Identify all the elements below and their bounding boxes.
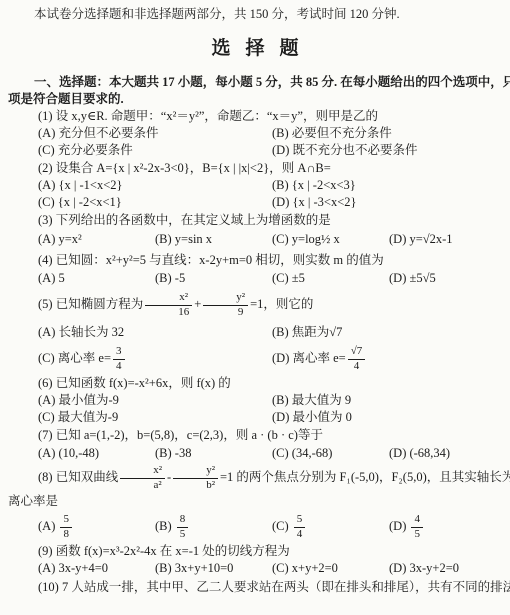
fraction-denominator: 9: [203, 306, 248, 319]
question-5-option-b: (B) 焦距为√7: [272, 323, 342, 342]
fraction-numerator: y²: [203, 292, 248, 306]
fraction: 54: [294, 514, 306, 540]
question-7-stem: (7) 已知 a=(1,-2)，b=(5,8)，c=(2,3)，则 a · (b…: [8, 426, 502, 444]
question-5-stem-prefix: (5) 已知椭圆方程为: [38, 297, 143, 311]
fraction-denominator: 4: [294, 528, 306, 541]
question-10-stem: (10) 7 人站成一排，其中甲、乙二人要求站在两头（即在排头和排尾），共有不同…: [8, 578, 502, 596]
fraction-denominator: 4: [348, 360, 366, 373]
fraction: x²16: [145, 292, 192, 318]
question-1-option-d: (D) 既不充分也不必要条件: [272, 142, 417, 159]
question-6-stem: (6) 已知函数 f(x)=-x²+6x，则 f(x) 的: [8, 374, 502, 392]
question-7-option-d: (D) (-68,34): [389, 444, 450, 462]
question-8-stem-prefix: (8) 已知双曲线: [38, 470, 118, 484]
question-1-options-row-2: (C) 充分必要条件 (D) 既不充分也不必要条件: [8, 142, 502, 159]
fraction-numerator: 5: [294, 514, 306, 528]
fraction-denominator: 8: [60, 528, 72, 541]
question-5-stem-suffix: =1，则它的: [250, 297, 313, 311]
fraction-denominator: 16: [145, 306, 192, 319]
page-title: 选择题: [8, 36, 502, 62]
fraction-numerator: y²: [173, 465, 218, 479]
question-2-options-row-1: (A) {x | -1<x<2} (B) {x | -2<x<3}: [8, 177, 502, 194]
question-8-stem-continuation: 离心率是: [8, 493, 502, 510]
question-8-option-a: (A) 58: [38, 510, 155, 542]
question-6-option-d: (D) 最小值为 0: [272, 409, 352, 426]
question-4-option-a: (A) 5: [38, 269, 155, 287]
question-8-stem-suffix: =1 的两个焦点分别为 F₁(-5,0)，F₂(5,0)，且其实轴长为 8，则它…: [220, 470, 510, 484]
minus-operator: -: [167, 470, 171, 484]
question-3-stem: (3) 下列给出的各函数中，在其定义域上为增函数的是: [8, 211, 502, 229]
question-3-option-b: (B) y=sin x: [155, 229, 272, 249]
question-4-option-c: (C) ±5: [272, 269, 389, 287]
fraction: y²b²: [173, 465, 218, 491]
question-9-options-row: (A) 3x-y+4=0 (B) 3x+y+10=0 (C) x+y+2=0 (…: [8, 560, 502, 578]
question-8-stem: (8) 已知双曲线x²a²-y²b²=1 的两个焦点分别为 F₁(-5,0)，F…: [8, 462, 502, 493]
question-8-options-row: (A) 58 (B) 85 (C) 54 (D) 45: [8, 510, 502, 542]
question-1-options-row-1: (A) 充分但不必要条件 (B) 必要但不充分条件: [8, 125, 502, 142]
question-2-options-row-2: (C) {x | -2<x<1} (D) {x | -3<x<2}: [8, 194, 502, 211]
question-2-option-b: (B) {x | -2<x<3}: [272, 177, 356, 194]
question-4-options-row: (A) 5 (B) -5 (C) ±5 (D) ±5√5: [8, 269, 502, 287]
option-b-label: (B): [155, 519, 172, 533]
question-1-stem: (1) 设 x,y∈R. 命题甲：“x²＝y²”，命题乙：“x＝y”，则甲是乙的: [8, 107, 502, 125]
question-3-option-a: (A) y=x²: [38, 229, 155, 249]
question-7-option-b: (B) -38: [155, 444, 272, 462]
question-8-option-d: (D) 45: [389, 510, 425, 542]
fraction: 34: [113, 346, 125, 372]
section-instructions-line1: 一、选择题：本大题共 17 小题，每小题 5 分，共 85 分. 在每小题给出的…: [8, 74, 502, 91]
option-c-label: (C): [272, 519, 289, 533]
question-6-options-row-1: (A) 最小值为-9 (B) 最大值为 9: [8, 392, 502, 409]
fraction-denominator: b²: [173, 479, 218, 492]
fraction: 85: [177, 514, 189, 540]
fraction-denominator: 5: [177, 528, 189, 541]
question-6-options-row-2: (C) 最大值为-9 (D) 最小值为 0: [8, 409, 502, 426]
question-2-stem: (2) 设集合 A={x | x²-2x-3<0}，B={x | |x|<2}，…: [8, 159, 502, 177]
question-5-stem: (5) 已知椭圆方程为x²16+y²9=1，则它的: [8, 289, 502, 320]
question-4-option-b: (B) -5: [155, 269, 272, 287]
question-5-option-d: (D) 离心率 e=√74: [272, 342, 367, 374]
fraction-numerator: 8: [177, 514, 189, 528]
question-2-option-c: (C) {x | -2<x<1}: [38, 194, 272, 211]
fraction-denominator: 5: [411, 528, 423, 541]
question-7-option-a: (A) (10,-48): [38, 444, 155, 462]
question-5-option-c: (C) 离心率 e=34: [38, 342, 272, 374]
question-3-option-d: (D) y=√2x-1: [389, 229, 453, 249]
question-9-option-d: (D) 3x-y+2=0: [389, 560, 459, 578]
option-c-text: (C) 离心率 e=: [38, 351, 111, 365]
question-6-option-b: (B) 最大值为 9: [272, 392, 351, 409]
fraction-numerator: 4: [411, 514, 423, 528]
fraction: 58: [60, 514, 72, 540]
question-1-option-a: (A) 充分但不必要条件: [38, 125, 272, 142]
question-3-options-row: (A) y=x² (B) y=sin x (C) y=log½ x (D) y=…: [8, 229, 502, 249]
fraction-numerator: √7: [348, 346, 366, 360]
option-d-label: (D): [389, 519, 406, 533]
question-5-options-row-1: (A) 长轴长为 32 (B) 焦距为√7: [8, 323, 502, 342]
fraction: y²9: [203, 292, 248, 318]
section-instructions-line2: 项是符合题目要求的.: [8, 91, 502, 108]
question-5-option-a: (A) 长轴长为 32: [38, 323, 272, 342]
question-1-option-b: (B) 必要但不充分条件: [272, 125, 392, 142]
fraction-numerator: 3: [113, 346, 125, 360]
question-3-option-c: (C) y=log½ x: [272, 229, 389, 249]
question-9-stem: (9) 函数 f(x)=x³-2x²-4x 在 x=-1 处的切线方程为: [8, 542, 502, 560]
fraction: 45: [411, 514, 423, 540]
question-8-option-c: (C) 54: [272, 510, 389, 542]
option-d-text: (D) 离心率 e=: [272, 351, 346, 365]
question-9-option-b: (B) 3x+y+10=0: [155, 560, 272, 578]
option-a-label: (A): [38, 519, 55, 533]
fraction-denominator: 4: [113, 360, 125, 373]
question-2-option-d: (D) {x | -3<x<2}: [272, 194, 357, 211]
question-6-option-a: (A) 最小值为-9: [38, 392, 272, 409]
question-1-option-c: (C) 充分必要条件: [38, 142, 272, 159]
fraction-numerator: x²: [145, 292, 192, 306]
question-2-option-a: (A) {x | -1<x<2}: [38, 177, 272, 194]
question-5-options-row-2: (C) 离心率 e=34 (D) 离心率 e=√74: [8, 342, 502, 374]
fraction: √74: [348, 346, 366, 372]
question-6-option-c: (C) 最大值为-9: [38, 409, 272, 426]
question-8-option-b: (B) 85: [155, 510, 272, 542]
question-7-options-row: (A) (10,-48) (B) -38 (C) (34,-68) (D) (-…: [8, 444, 502, 462]
plus-operator: +: [194, 297, 201, 311]
fraction-numerator: 5: [60, 514, 72, 528]
fraction-numerator: x²: [120, 465, 165, 479]
fraction-denominator: a²: [120, 479, 165, 492]
exam-paper: 本试卷分选择题和非选择题两部分，共 150 分，考试时间 120 分钟. 选择题…: [0, 0, 510, 596]
question-7-option-c: (C) (34,-68): [272, 444, 389, 462]
exam-intro-text: 本试卷分选择题和非选择题两部分，共 150 分，考试时间 120 分钟.: [8, 6, 502, 23]
question-9-option-c: (C) x+y+2=0: [272, 560, 389, 578]
question-9-option-a: (A) 3x-y+4=0: [38, 560, 155, 578]
question-4-stem: (4) 已知圆：x²+y²=5 与直线：x-2y+m=0 相切，则实数 m 的值…: [8, 251, 502, 269]
fraction: x²a²: [120, 465, 165, 491]
question-4-option-d: (D) ±5√5: [389, 269, 436, 287]
